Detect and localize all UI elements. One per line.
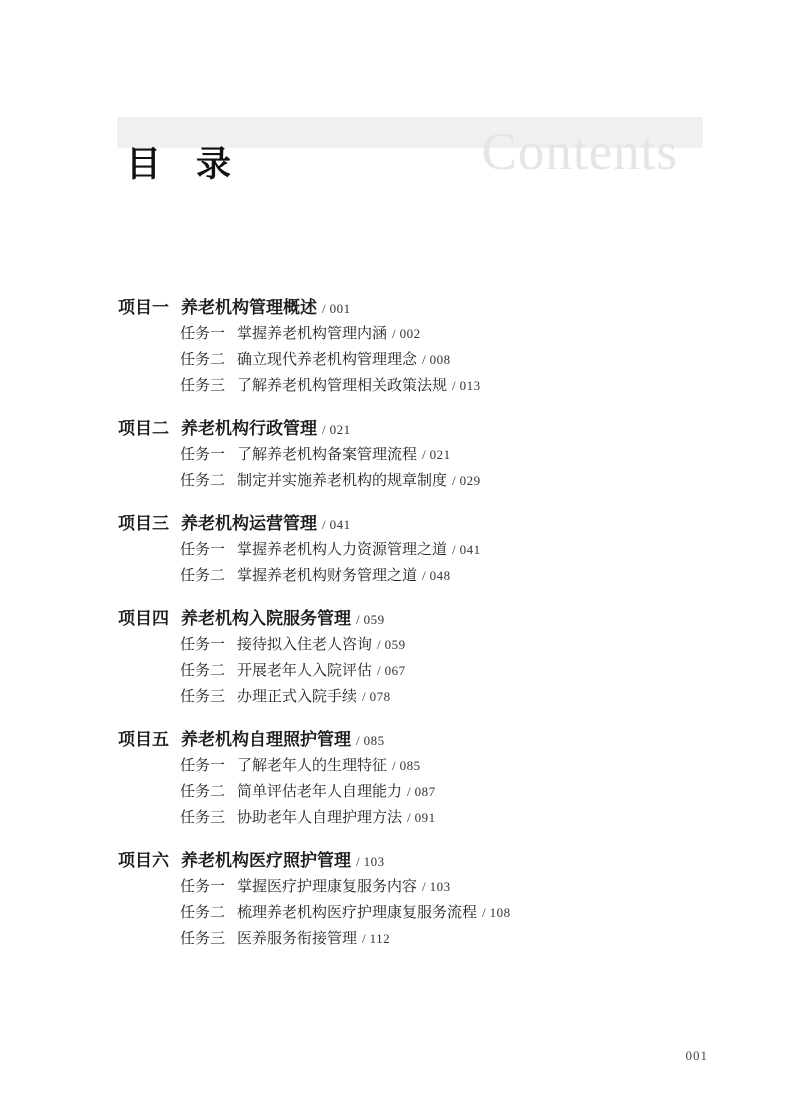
task-title: 掌握养老机构财务管理之道 — [237, 567, 417, 584]
page-separator: / — [362, 689, 366, 704]
section-title: 养老机构自理照护管理 — [181, 730, 351, 749]
toc-task: 任务三医养服务衔接管理/112 — [180, 926, 683, 952]
section-title: 养老机构医疗照护管理 — [181, 851, 351, 870]
section-page-number: 041 — [330, 517, 351, 532]
page-separator: / — [356, 733, 360, 748]
page-separator: / — [422, 447, 426, 462]
task-page-number: 002 — [400, 326, 421, 341]
section-label: 项目五 — [118, 730, 169, 749]
toc-task: 任务二确立现代养老机构管理理念/008 — [180, 347, 683, 373]
section-page-number: 103 — [364, 854, 385, 869]
task-label: 任务二 — [180, 904, 225, 921]
task-page-number: 087 — [415, 784, 436, 799]
task-title: 掌握医疗护理康复服务内容 — [237, 878, 417, 895]
task-page-number: 041 — [460, 542, 481, 557]
section-heading: 项目一养老机构管理概述/001 — [118, 295, 683, 321]
page-separator: / — [452, 473, 456, 488]
section-label: 项目三 — [118, 514, 169, 533]
task-page-number: 048 — [430, 568, 451, 583]
toc-task: 任务一了解老年人的生理特征/085 — [180, 753, 683, 779]
task-page-number: 091 — [415, 810, 436, 825]
task-label: 任务三 — [180, 688, 225, 705]
task-page-number: 103 — [430, 879, 451, 894]
task-title: 简单评估老年人自理能力 — [237, 783, 402, 800]
toc-section: 项目六养老机构医疗照护管理/103 任务一掌握医疗护理康复服务内容/103 任务… — [118, 848, 683, 952]
task-title: 了解养老机构管理相关政策法规 — [237, 377, 447, 394]
task-label: 任务一 — [180, 446, 225, 463]
toc-task: 任务一掌握养老机构人力资源管理之道/041 — [180, 537, 683, 563]
section-title: 养老机构运营管理 — [181, 514, 317, 533]
section-title: 养老机构入院服务管理 — [181, 609, 351, 628]
task-label: 任务三 — [180, 809, 225, 826]
task-label: 任务一 — [180, 757, 225, 774]
toc-task: 任务一掌握养老机构管理内涵/002 — [180, 321, 683, 347]
toc-section: 项目二养老机构行政管理/021 任务一了解养老机构备案管理流程/021 任务二制… — [118, 416, 683, 494]
folio-page-number: 001 — [686, 1048, 709, 1064]
task-title: 了解养老机构备案管理流程 — [237, 446, 417, 463]
toc-section: 项目四养老机构入院服务管理/059 任务一接待拟入住老人咨询/059 任务二开展… — [118, 606, 683, 710]
task-label: 任务一 — [180, 541, 225, 558]
task-title: 医养服务衔接管理 — [237, 930, 357, 947]
toc-page: Contents 目 录 项目一养老机构管理概述/001 任务一掌握养老机构管理… — [0, 0, 800, 1114]
page-separator: / — [362, 931, 366, 946]
section-page-number: 001 — [330, 301, 351, 316]
section-label: 项目六 — [118, 851, 169, 870]
section-title: 养老机构管理概述 — [181, 298, 317, 317]
page-title: 目 录 — [126, 145, 231, 185]
section-page-number: 021 — [330, 422, 351, 437]
task-label: 任务二 — [180, 472, 225, 489]
page-separator: / — [322, 517, 326, 532]
page-separator: / — [356, 612, 360, 627]
page-separator: / — [377, 663, 381, 678]
section-label: 项目一 — [118, 298, 169, 317]
task-title: 开展老年人入院评估 — [237, 662, 372, 679]
toc-section: 项目一养老机构管理概述/001 任务一掌握养老机构管理内涵/002 任务二确立现… — [118, 295, 683, 399]
toc-task: 任务三协助老年人自理护理方法/091 — [180, 805, 683, 831]
toc-task: 任务二简单评估老年人自理能力/087 — [180, 779, 683, 805]
task-title: 办理正式入院手续 — [237, 688, 357, 705]
task-page-number: 029 — [460, 473, 481, 488]
section-heading: 项目二养老机构行政管理/021 — [118, 416, 683, 442]
page-separator: / — [407, 784, 411, 799]
section-heading: 项目五养老机构自理照护管理/085 — [118, 727, 683, 753]
toc-task: 任务三办理正式入院手续/078 — [180, 684, 683, 710]
task-title: 接待拟入住老人咨询 — [237, 636, 372, 653]
task-label: 任务三 — [180, 930, 225, 947]
toc-task: 任务一掌握医疗护理康复服务内容/103 — [180, 874, 683, 900]
page-separator: / — [422, 568, 426, 583]
page-separator: / — [377, 637, 381, 652]
page-separator: / — [392, 326, 396, 341]
page-separator: / — [422, 879, 426, 894]
task-label: 任务二 — [180, 567, 225, 584]
page-separator: / — [392, 758, 396, 773]
task-page-number: 085 — [400, 758, 421, 773]
task-page-number: 021 — [430, 447, 451, 462]
task-label: 任务二 — [180, 351, 225, 368]
section-heading: 项目六养老机构医疗照护管理/103 — [118, 848, 683, 874]
page-separator: / — [452, 542, 456, 557]
task-label: 任务一 — [180, 878, 225, 895]
toc-task: 任务二制定并实施养老机构的规章制度/029 — [180, 468, 683, 494]
task-label: 任务二 — [180, 783, 225, 800]
task-title: 梳理养老机构医疗护理康复服务流程 — [237, 904, 477, 921]
page-separator: / — [422, 352, 426, 367]
task-label: 任务一 — [180, 636, 225, 653]
page-separator: / — [452, 378, 456, 393]
task-title: 协助老年人自理护理方法 — [237, 809, 402, 826]
section-label: 项目二 — [118, 419, 169, 438]
page-separator: / — [407, 810, 411, 825]
task-page-number: 008 — [430, 352, 451, 367]
task-label: 任务一 — [180, 325, 225, 342]
page-separator: / — [356, 854, 360, 869]
section-page-number: 085 — [364, 733, 385, 748]
toc-task: 任务二掌握养老机构财务管理之道/048 — [180, 563, 683, 589]
task-page-number: 059 — [385, 637, 406, 652]
toc-task: 任务三了解养老机构管理相关政策法规/013 — [180, 373, 683, 399]
task-title: 制定并实施养老机构的规章制度 — [237, 472, 447, 489]
section-page-number: 059 — [364, 612, 385, 627]
task-page-number: 013 — [460, 378, 481, 393]
toc-section: 项目五养老机构自理照护管理/085 任务一了解老年人的生理特征/085 任务二简… — [118, 727, 683, 831]
task-page-number: 108 — [490, 905, 511, 920]
toc-section: 项目三养老机构运营管理/041 任务一掌握养老机构人力资源管理之道/041 任务… — [118, 511, 683, 589]
section-title: 养老机构行政管理 — [181, 419, 317, 438]
table-of-contents: 项目一养老机构管理概述/001 任务一掌握养老机构管理内涵/002 任务二确立现… — [118, 295, 683, 969]
task-title: 确立现代养老机构管理理念 — [237, 351, 417, 368]
task-page-number: 067 — [385, 663, 406, 678]
section-heading: 项目四养老机构入院服务管理/059 — [118, 606, 683, 632]
section-label: 项目四 — [118, 609, 169, 628]
task-title: 掌握养老机构人力资源管理之道 — [237, 541, 447, 558]
task-label: 任务三 — [180, 377, 225, 394]
task-title: 了解老年人的生理特征 — [237, 757, 387, 774]
section-heading: 项目三养老机构运营管理/041 — [118, 511, 683, 537]
toc-task: 任务一了解养老机构备案管理流程/021 — [180, 442, 683, 468]
task-page-number: 078 — [370, 689, 391, 704]
toc-task: 任务二梳理养老机构医疗护理康复服务流程/108 — [180, 900, 683, 926]
page-separator: / — [322, 422, 326, 437]
toc-task: 任务二开展老年人入院评估/067 — [180, 658, 683, 684]
task-title: 掌握养老机构管理内涵 — [237, 325, 387, 342]
task-label: 任务二 — [180, 662, 225, 679]
contents-watermark: Contents — [482, 126, 678, 179]
page-separator: / — [322, 301, 326, 316]
toc-task: 任务一接待拟入住老人咨询/059 — [180, 632, 683, 658]
page-separator: / — [482, 905, 486, 920]
task-page-number: 112 — [370, 931, 391, 946]
